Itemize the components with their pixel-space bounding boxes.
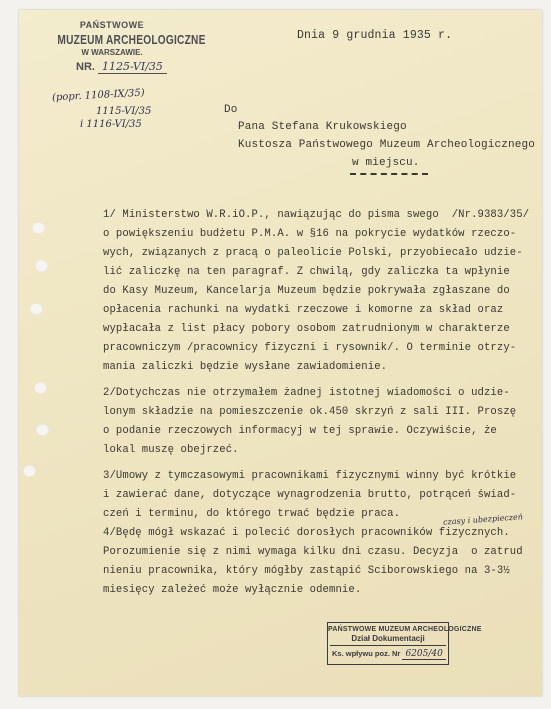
punch-hole: [23, 465, 36, 477]
archive-stamp-line-1: PAŃSTWOWE MUZEUM ARCHEOLOGICZNE: [328, 626, 448, 633]
body-line: lokal muszę obejrzeć.: [103, 444, 239, 456]
punch-hole: [36, 424, 49, 436]
punch-hole: [34, 382, 47, 394]
body-line: 2/Dotychczas nie otrzymałem żadnej istot…: [103, 387, 510, 399]
body-line: 3/Umowy z tymczasowymi pracownikami fizy…: [103, 470, 516, 482]
museum-letterhead-stamp: PAŃSTWOWE MUZEUM ARCHEOLOGICZNE W WARSZA…: [42, 20, 182, 57]
nr-label: NR.: [76, 61, 95, 73]
letter-date: Dnia 9 grudnia 1935 r.: [297, 29, 452, 42]
body-line: opłacenia rachunki na wydatki rzeczowe i…: [103, 304, 503, 316]
handwritten-ref-2: 1115-VI/35: [96, 106, 151, 117]
body-line: nieniu pracownika, który mógłby zastąpić…: [103, 565, 510, 577]
body-line: lonym składzie na pomieszczenie ok.450 s…: [103, 406, 516, 418]
body-line: 1/ Ministerstwo W.R.iO.P., nawiązując do…: [103, 209, 529, 221]
letterhead-line-2: MUZEUM ARCHEOLOGICZNE: [57, 32, 166, 47]
body-line: mania zaliczki będzie wysłane zawiadomie…: [103, 361, 387, 373]
body-line: Porozumienie się z nimi wymaga kilku dni…: [103, 546, 523, 558]
archive-stamp-line-2: Dział Dokumentacji: [328, 634, 448, 643]
punch-hole: [35, 260, 48, 272]
body-line: i zawierać dane, dotyczące wynagrodzenia…: [103, 489, 516, 501]
archive-entry-number: 6205/40: [402, 649, 445, 660]
addressee-place: w miejscu.: [352, 157, 420, 169]
body-line: o powiększeniu budżetu P.M.A. w §16 na p…: [103, 228, 516, 240]
body-line: miesięcy zależeć może wyłącznie odemnie.: [103, 584, 361, 596]
punch-hole: [30, 303, 43, 315]
letterhead-line-1: PAŃSTWOWE: [42, 20, 182, 30]
addressee-name: Pana Stefana Krukowskiego: [238, 121, 407, 133]
letterhead-line-3: W WARSZAWIE.: [42, 48, 182, 57]
body-line: pracowniczym /pracownicy fizyczni i ryso…: [103, 342, 516, 354]
body-line: czeń i terminu, do którego trwać będzie …: [103, 508, 400, 520]
archive-stamp: PAŃSTWOWE MUZEUM ARCHEOLOGICZNE Dział Do…: [327, 622, 449, 665]
body-line: 4/Będę mógł wskazać i polecić dorosłych …: [103, 527, 510, 539]
body-line: wypłacała z list płacy pobory osobom zat…: [103, 323, 510, 335]
addressee-to: Do: [224, 104, 238, 116]
reference-number: NR. 1125-VI/35: [76, 60, 167, 73]
body-line: wych, związanych z pracą o paleolicie Po…: [103, 247, 523, 259]
nr-value: 1125-VI/35: [98, 60, 167, 74]
body-line: lić zaliczkę na ten paragraf. Z chwilą, …: [103, 266, 510, 278]
archive-stamp-entry: Ks. wpływu poz. Nr 6205/40: [332, 649, 448, 659]
archive-entry-label: Ks. wpływu poz. Nr: [332, 649, 400, 658]
body-line: do Kasy Muzeum, Kancelarja Muzeum będzie…: [103, 285, 510, 297]
body-line: o podanie rzeczowych informacyj w tej sp…: [103, 425, 497, 437]
punch-hole: [32, 222, 45, 234]
handwritten-ref-3: i 1116-VI/35: [80, 119, 142, 130]
archive-stamp-divider: [330, 645, 446, 646]
divider: [350, 173, 428, 175]
addressee-title: Kustosza Państwowego Muzeum Archeologicz…: [238, 139, 535, 151]
